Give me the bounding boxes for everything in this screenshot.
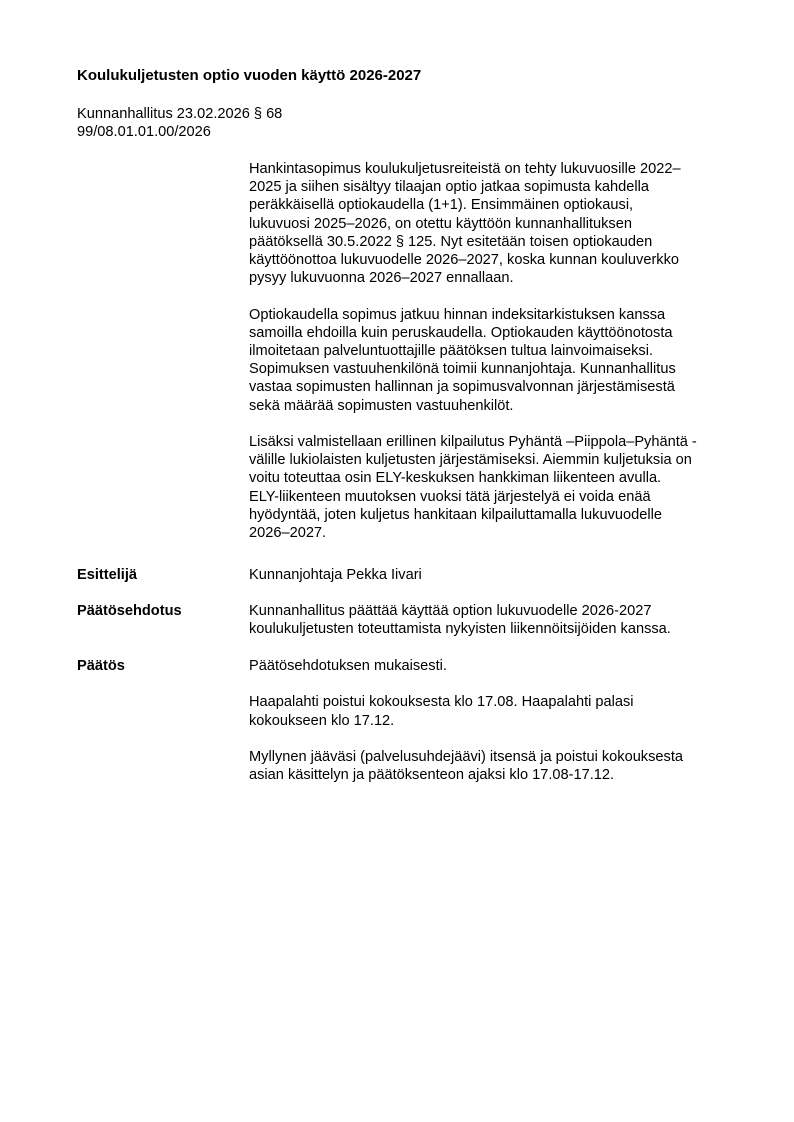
meeting-meta: Kunnanhallitus 23.02.2026 § 68 99/08.01.… <box>77 105 282 141</box>
record-number: 99/08.01.01.00/2026 <box>77 123 282 141</box>
document-page: Koulukuljetusten optio vuoden käyttö 202… <box>0 0 794 1122</box>
decision-content: Päätösehdotuksen mukaisesti. Haapalahti … <box>249 657 744 784</box>
presenter-value: Kunnanjohtaja Pekka Iivari <box>249 566 744 584</box>
decision-paragraph: Päätösehdotuksen mukaisesti. <box>249 657 744 675</box>
decision-paragraph: Myllynen jääväsi (palvelusuhdejäävi) its… <box>249 748 744 784</box>
body-paragraph: Optiokaudella sopimus jatkuu hinnan inde… <box>249 306 744 415</box>
meeting-line: Kunnanhallitus 23.02.2026 § 68 <box>77 105 282 123</box>
presenter-label: Esittelijä <box>77 566 137 584</box>
background-content: Hankintasopimus koulukuljetusreiteistä o… <box>249 160 744 542</box>
body-paragraph: Hankintasopimus koulukuljetusreiteistä o… <box>249 160 744 287</box>
document-title: Koulukuljetusten optio vuoden käyttö 202… <box>77 67 421 85</box>
proposal-value: Kunnanhallitus päättää käyttää option lu… <box>249 602 744 638</box>
proposal-label: Päätösehdotus <box>77 602 182 620</box>
decision-label: Päätös <box>77 657 125 675</box>
body-paragraph: Lisäksi valmistellaan erillinen kilpailu… <box>249 433 744 542</box>
decision-paragraph: Haapalahti poistui kokouksesta klo 17.08… <box>249 693 744 729</box>
